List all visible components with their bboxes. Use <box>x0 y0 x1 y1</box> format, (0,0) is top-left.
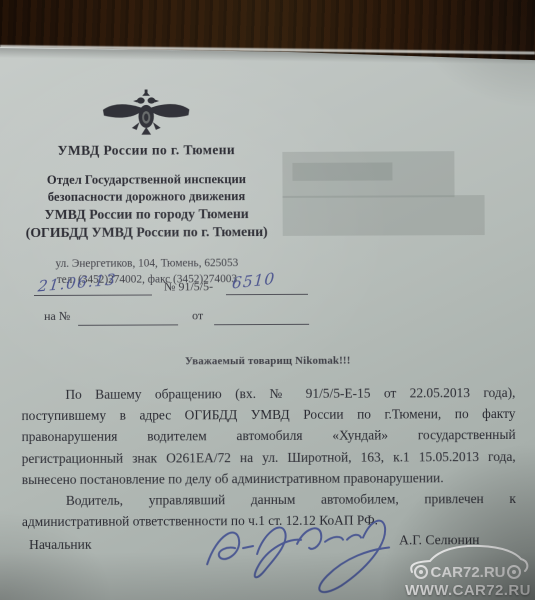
dept-line: безопасности дорожного движения <box>8 188 286 206</box>
paragraph-line: правонарушения водителем автомобиля «Хун… <box>22 424 516 447</box>
paragraph-line: По Вашему обращению (вх. № 91/5/5-Е-15 о… <box>21 382 515 405</box>
watermark-url: WWW.CAR72.RU <box>403 583 533 598</box>
mvd-double-headed-eagle-icon <box>98 88 194 138</box>
ref-na-underline <box>78 308 178 325</box>
watermark-brand-text: CAR72.RU <box>430 564 505 581</box>
redacted-area <box>292 162 392 180</box>
department-block: Отдел Государственной инспекции безопасн… <box>7 171 285 241</box>
outgoing-number-prefix: № 91/5/5- <box>164 279 213 294</box>
org-title: УМВД России по г. Тюмени <box>7 142 285 159</box>
handwritten-signature <box>193 507 403 600</box>
signer-position-label: Начальник <box>29 537 92 553</box>
address-line: ул. Энергетиков, 104, Тюмень, 625053 <box>8 256 286 273</box>
letter-sheet: УМВД России по г. Тюмени Отдел Государст… <box>0 0 535 600</box>
salutation: Уважаемый товарищ Nikomak!!! <box>0 354 535 368</box>
car-outline-icon: CAR72.RU <box>404 541 532 581</box>
photographed-letter: УМВД России по г. Тюмени Отдел Государст… <box>0 0 535 600</box>
dept-line: (ОГИБДД УМВД России по г. Тюмени) <box>8 222 286 241</box>
ref-ot-underline <box>214 308 309 325</box>
dept-line: УМВД России по городу Тюмени <box>8 205 286 224</box>
paragraph-line: поступившему в адрес ОГИБДД УМВД России … <box>21 403 515 426</box>
ref-na-label: на № <box>44 309 70 324</box>
dept-line: Отдел Государственной инспекции <box>7 171 285 189</box>
letterhead: УМВД России по г. Тюмени Отдел Государст… <box>7 88 286 288</box>
redacted-area <box>283 195 485 236</box>
paragraph-line: вынесено постановление по делу об админи… <box>22 467 516 490</box>
watermark: CAR72.RU WWW.CAR72.RU <box>403 541 533 598</box>
date-number-row: 21.06.13 № 91/5/5- 6510 <box>34 278 324 301</box>
paragraph-line: регистрационный знак О261ЕА/72 на ул. Ши… <box>22 446 516 469</box>
reference-row: на № от <box>44 308 324 329</box>
ref-ot-label: от <box>192 308 203 323</box>
